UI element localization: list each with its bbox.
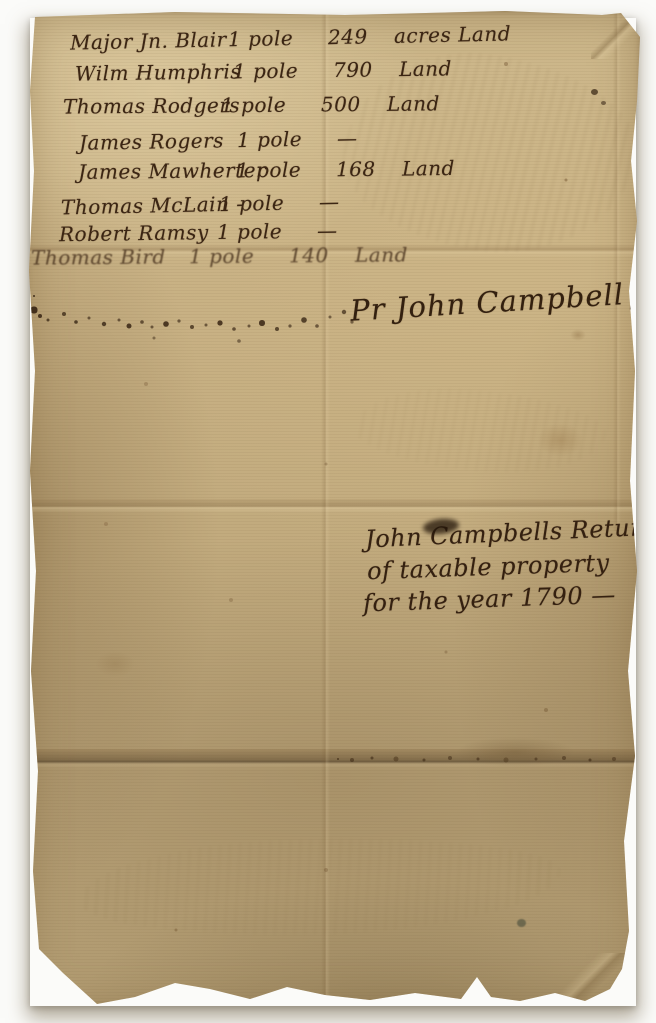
endorsement-line: of taxable property xyxy=(367,549,610,585)
endorsement-line: for the year 1790 — xyxy=(363,581,617,618)
horizontal-fold-crease xyxy=(25,499,641,513)
paper-stain xyxy=(537,423,583,457)
entry-name: Thomas McLain - xyxy=(61,191,220,220)
entry-pole: 1 pole xyxy=(189,242,289,269)
entry-acres: — xyxy=(337,124,403,151)
ink-bleedthrough xyxy=(352,380,608,481)
crease-tear-marks xyxy=(337,758,339,760)
entry-row: Wilm Humphris 1 pole 790 Land xyxy=(75,55,452,86)
endorsement-line: John Campbells Return xyxy=(365,513,656,554)
ink-bleedthrough xyxy=(79,833,561,941)
entry-name: James Mawherter xyxy=(78,157,236,185)
entry-row: Thomas McLain - 1 pole — xyxy=(61,188,385,221)
signature-initials: JB xyxy=(633,273,656,311)
entry-pole: 1 pole xyxy=(237,125,337,153)
entry-acres: — xyxy=(319,188,386,215)
entry-row: James Mawherter 1 pole 168 Land xyxy=(78,155,455,185)
signature-name: John Campbell xyxy=(395,277,625,325)
paper-stain xyxy=(455,737,575,767)
entry-land: acres Land xyxy=(394,20,512,48)
entry-row: Major Jn. Blair 1 pole 249 acres Land xyxy=(70,20,511,55)
signature-line: Pr John Campbell JB xyxy=(349,273,656,329)
entry-name: Wilm Humphris xyxy=(75,58,233,86)
entry-acres: 249 xyxy=(328,23,395,50)
paper-stain xyxy=(95,651,135,677)
ink-stain xyxy=(591,89,598,95)
entry-land: Land xyxy=(355,241,408,267)
entry-name: James Rogers xyxy=(79,127,237,156)
vertical-fold-crease xyxy=(613,11,621,531)
entry-row-faded: Thomas Bird 1 pole 140 Land xyxy=(31,241,408,270)
entry-acres: 790 xyxy=(333,56,399,83)
horizontal-fold-crease-damaged xyxy=(25,749,641,773)
entry-acres: 500 xyxy=(321,91,387,118)
entry-name: Major Jn. Blair xyxy=(70,26,229,55)
ink-spatter-trail xyxy=(33,295,35,297)
entry-acres: — xyxy=(317,217,383,244)
entry-row: James Rogers 1 pole — xyxy=(79,124,403,156)
entry-land: Land xyxy=(399,55,452,82)
entry-acres: 168 xyxy=(336,156,402,183)
signature-prefix: Pr xyxy=(349,292,386,328)
entry-row: Thomas Rodgers 1 pole 500 Land xyxy=(63,90,440,119)
manuscript-paper: Major Jn. Blair 1 pole 249 acres Land Wi… xyxy=(25,11,641,1009)
entry-pole: 1 pole xyxy=(217,218,317,245)
scanned-document-page: Major Jn. Blair 1 pole 249 acres Land Wi… xyxy=(0,0,656,1023)
entry-pole: 1 pole xyxy=(221,91,321,118)
entry-name: Thomas Rodgers xyxy=(63,92,221,119)
entry-pole: 1 pole xyxy=(219,189,320,217)
entry-land: Land xyxy=(402,155,455,182)
entry-pole: 1 pole xyxy=(228,24,329,52)
folded-corner-top-right xyxy=(591,9,643,59)
paper-stain xyxy=(570,329,586,341)
paper-stain xyxy=(517,919,526,927)
entry-pole: 1 pole xyxy=(236,156,336,183)
entry-acres: 140 xyxy=(289,242,355,269)
entry-pole: 1 pole xyxy=(233,57,333,84)
entry-name: Thomas Bird xyxy=(31,243,189,270)
entry-land: Land xyxy=(387,90,440,116)
paper-freckles xyxy=(25,11,27,13)
